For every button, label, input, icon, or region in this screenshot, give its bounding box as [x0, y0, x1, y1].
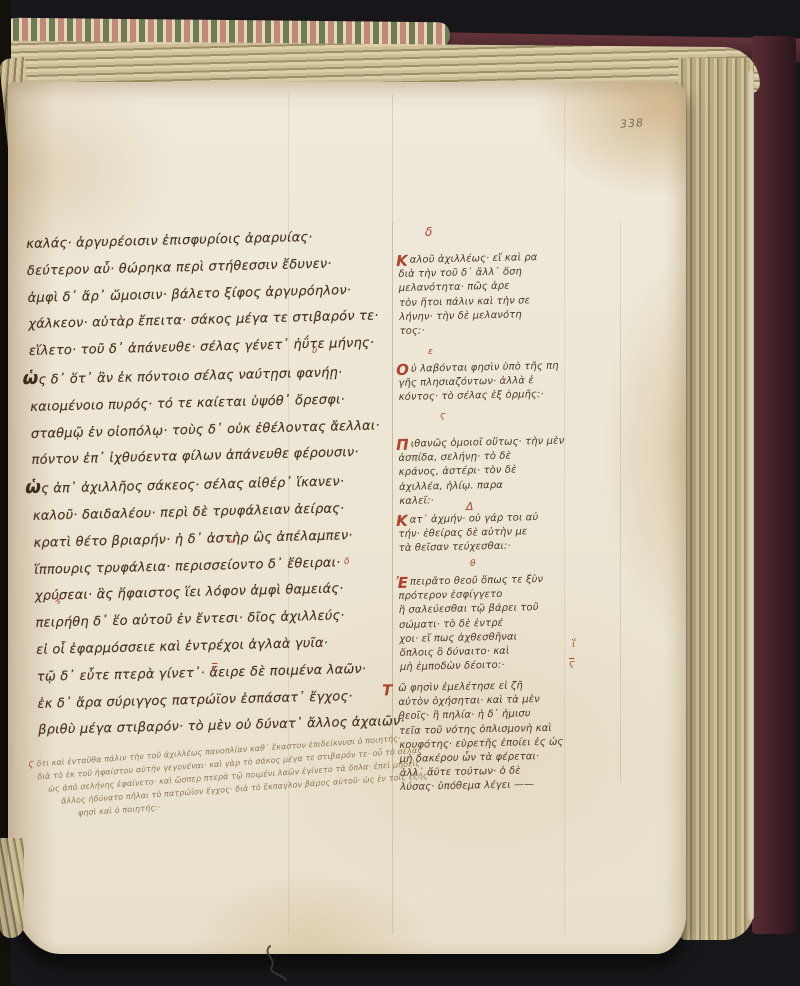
scholion-block: Κ ατ᾽ ἀχμήν· οὐ γάρ τοι αὐ τήν· ἐθείρας …: [398, 510, 589, 557]
red-siglum: ϛ: [440, 412, 445, 421]
scholion-block: Π ιθανῶς ὁμοιοῖ οὕτως· τὴν μὲν ἀσπίδα, σ…: [398, 434, 589, 509]
red-interlinear-correction: δ: [344, 558, 350, 567]
scholion-initial: Π: [396, 438, 409, 452]
bookmark-thread-icon: [242, 944, 302, 986]
scholion-line: μὴ ἐμποδὼν δέοιτο:·: [400, 657, 590, 675]
red-interlinear-correction: ω: [228, 537, 236, 546]
red-interlinear-correction: ϛ: [212, 665, 217, 674]
scholion-initial: Ο: [396, 363, 409, 377]
gutter-page-curl-bottom: [0, 838, 24, 938]
book-cover-right-board: [752, 36, 796, 934]
manuscript-page: 338 καλάς· ἀργυρέοισιν ἐπισφυρίοις ἀραρυ…: [8, 82, 686, 954]
red-interlinear-correction: ϗ: [55, 596, 61, 605]
folio-number: 338: [620, 114, 671, 130]
bookmark-thread: [242, 944, 302, 986]
scholion-initial: Κ: [396, 514, 408, 528]
scholion-line: τὰ θεῖσαν τεύχεσθαι:·: [399, 538, 589, 556]
scholion-initial: Ἐ: [396, 576, 408, 590]
manuscript-photo: 338 καλάς· ἀργυρέοισιν ἐπισφυρίοις ἀραρυ…: [0, 0, 800, 986]
red-siglum: δ: [425, 228, 432, 237]
scholion-block: Ἐ πειρᾶτο θεοῦ ὅπως τε ξὺν πρότερον ἐσφί…: [398, 572, 590, 675]
red-margin-mark: ΐ: [572, 641, 575, 650]
scholion-line: λύσας· ὑπόθεμα λέγει ——: [400, 777, 590, 795]
scholion-initial: Τ: [382, 683, 393, 697]
column-ruling-line: [620, 222, 621, 782]
fore-edge-highlight: [748, 70, 754, 920]
page-edges-fore-edge: [678, 58, 754, 940]
red-siglum: θ: [470, 560, 476, 569]
red-siglum: Δ: [466, 502, 474, 511]
scholion-block: Ο ὐ λαβόνται φησὶν ὑπὸ τῆς πη γῆς πλησια…: [398, 359, 589, 406]
red-interlinear-correction: ϋ: [312, 347, 317, 356]
scholion-block: Κ αλοῦ ἀχιλλέως· εἴ καὶ ρα διὰ τὴν τοῦ δ…: [398, 250, 590, 339]
scholion-line: κόντος· τὸ σέλας ἐξ ὁρμῆς:·: [399, 387, 589, 405]
scholion-initial: Κ: [396, 254, 408, 268]
bottom-scholion-block: Ϛ ὅτι καὶ ἐνταῦθα πάλιν τὴν τοῦ ἀχιλλέως…: [28, 732, 404, 823]
red-margin-mark: ϛ: [569, 660, 574, 669]
red-siglum: ε: [428, 348, 433, 357]
scholion-line: καλεῖ:·: [399, 491, 589, 509]
